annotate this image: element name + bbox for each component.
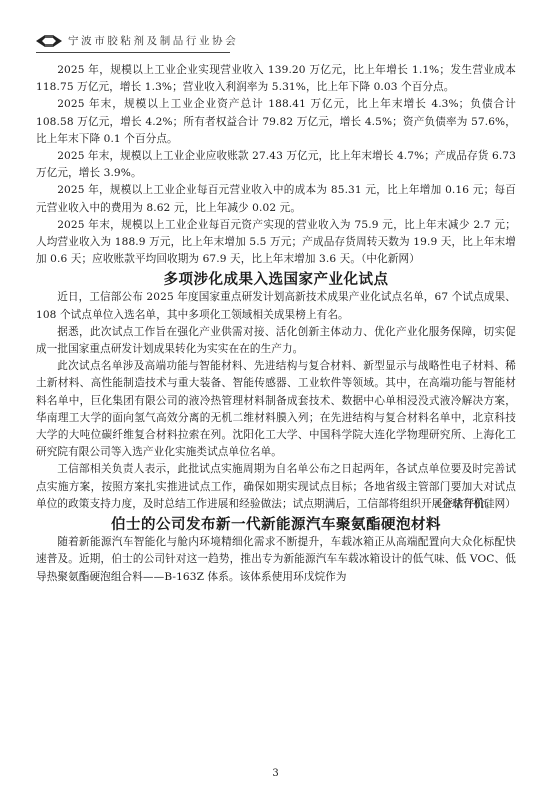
article-title: 多项涉化成果入选国家产业化试点 — [36, 268, 516, 289]
association-logo-icon — [36, 33, 62, 47]
paragraph: 随着新能源汽车智能化与舱内环境精细化需求不断提升，车载冰箱正从高端配置向大众化标… — [36, 534, 516, 586]
paragraph: 据悉，此次试点工作旨在强化产业供需对接、活化创新主体动力、优化产业化服务保障，切… — [36, 324, 516, 358]
article-title: 伯士的公司发布新一代新能源汽车聚氨酯硬泡材料 — [36, 513, 516, 534]
article-tail-industrial-stats: 2025 年，规模以上工业企业实现营业收入 139.20 万亿元，比上年增长 1… — [36, 62, 516, 268]
article-industrialization-pilot: 多项涉化成果入选国家产业化试点 近日，工信部公布 2025 年度国家重点研发计划… — [36, 268, 516, 513]
header-title: 宁波市胶粘剂及制品行业协会 — [68, 33, 238, 48]
paragraph: 2025 年末，规模以上工业企业资产总计 188.41 万亿元，比上年末增长 4… — [36, 96, 516, 148]
article-polyurethane-foam: 伯士的公司发布新一代新能源汽车聚氨酯硬泡材料 随着新能源汽车智能化与舱内环境精细… — [36, 513, 516, 586]
page-content: 2025 年，规模以上工业企业实现营业收入 139.20 万亿元，比上年增长 1… — [36, 62, 516, 586]
page-number: 3 — [0, 768, 551, 779]
paragraph: 近日，工信部公布 2025 年度国家重点研发计划高新技术成果产业化试点名单，67… — [36, 289, 516, 323]
paragraph: 2025 年末，规模以上工业企业应收账款 27.43 万亿元，比上年末增长 4.… — [36, 148, 516, 182]
page-header: 宁波市胶粘剂及制品行业协会 — [36, 28, 230, 53]
paragraph: 2025 年末，规模以上工业企业每百元资产实现的营业收入为 75.9 元，比上年… — [36, 217, 516, 269]
paragraph: 此次试点名单涉及高端功能与智能材料、先进结构与复合材料、新型显示与战略性电子材料… — [36, 358, 516, 461]
paragraph: 2025 年，规模以上工业企业每百元营业收入中的成本为 85.31 元，比上年增… — [36, 182, 516, 216]
paragraph: 2025 年，规模以上工业企业实现营业收入 139.20 万亿元，比上年增长 1… — [36, 62, 516, 96]
